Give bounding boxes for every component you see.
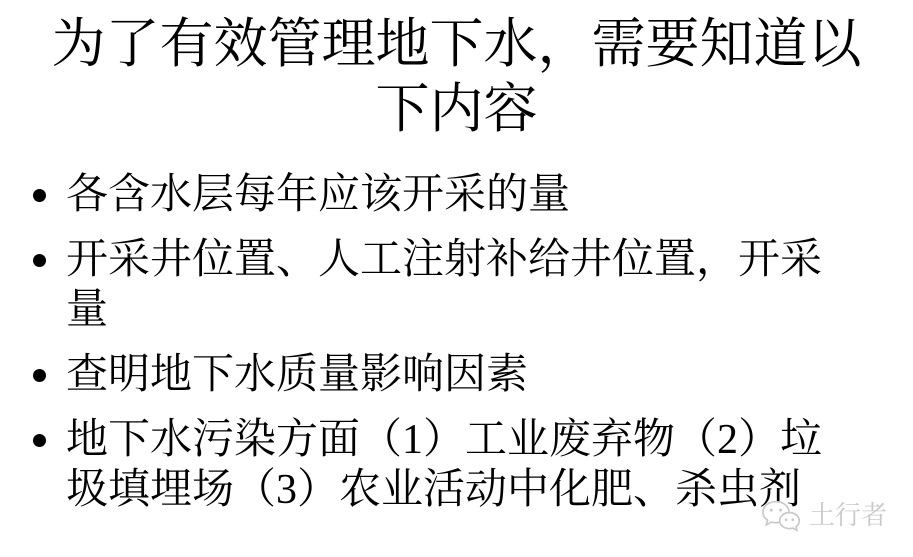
bullet-text: 各含水层每年应该开采的量 [66,170,856,220]
bullet-dot-icon [33,254,46,267]
bullet-dot-icon [33,369,46,382]
watermark: 土行者 [760,499,887,533]
wechat-icon [760,499,802,533]
bullet-dot-icon [33,434,46,447]
list-item: 各含水层每年应该开采的量 [33,170,881,220]
slide: 为了有效管理地下水，需要知道以下内容 各含水层每年应该开采的量 开采井位置、人工… [0,0,913,557]
list-item: 查明地下水质量影响因素 [33,350,881,400]
bullet-list: 各含水层每年应该开采的量 开采井位置、人工注射补给井位置，开采量 查明地下水质量… [33,170,881,530]
list-item: 地下水污染方面（1）工业废弃物（2）垃圾填埋场（3）农业活动中化肥、杀虫剂 [33,415,881,515]
bullet-text: 开采井位置、人工注射补给井位置，开采量 [66,235,856,335]
bullet-text: 查明地下水质量影响因素 [66,350,856,400]
bullet-text: 地下水污染方面（1）工业废弃物（2）垃圾填埋场（3）农业活动中化肥、杀虫剂 [66,415,856,515]
bullet-dot-icon [33,189,46,202]
watermark-label: 土行者 [809,503,887,529]
page-title: 为了有效管理地下水，需要知道以下内容 [46,12,868,142]
list-item: 开采井位置、人工注射补给井位置，开采量 [33,235,881,335]
